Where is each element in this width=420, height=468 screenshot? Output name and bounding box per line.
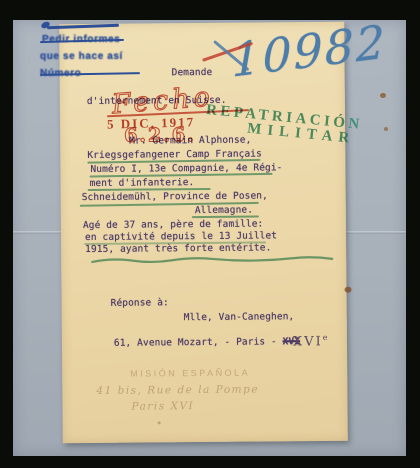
green-wavy-underline: [90, 254, 334, 266]
reply-name: Mlle, Van-Caneghen,: [184, 311, 295, 323]
body-line: Agé de 37 ans, père de famille:: [83, 218, 263, 231]
document-card: Demande d'internement en Suisse. Mr. Ger…: [59, 22, 348, 443]
body-line: ment d'infanterie.: [90, 177, 195, 189]
foxing-spot: [344, 287, 351, 293]
body-line: Schneidemühl, Province de Posen,: [82, 190, 268, 203]
reply-address-prefix: 61, Avenue Mozart, - Paris -: [114, 336, 283, 348]
letterhead-address: 41 bis, Rue de la Pompe: [96, 384, 259, 397]
heading-line-1: Demande: [172, 67, 213, 78]
reply-address: 61, Avenue Mozart, - Paris - XVI: [79, 325, 300, 360]
reply-label: Réponse à:: [111, 297, 169, 309]
foxing-spot: [380, 93, 386, 98]
foxing-spot: [384, 127, 388, 131]
foxing-spot: [158, 421, 161, 424]
body-line: Allemagne.: [195, 205, 253, 217]
code-stamp: 6.2.6.: [124, 124, 196, 147]
district-handwritten: XVIe: [293, 333, 330, 350]
district-handwritten-sup: e: [323, 333, 330, 342]
green-underline: [192, 216, 259, 218]
blue-stamp-line2: que se hace así: [40, 51, 123, 62]
district-handwritten-base: XVI: [293, 334, 323, 349]
letterhead-city: Paris XVI: [131, 400, 194, 413]
scanned-document-page: Demande d'internement en Suisse. Mr. Ger…: [0, 0, 420, 468]
letterhead-org: MISIÓN ESPAÑOLA: [130, 368, 250, 379]
